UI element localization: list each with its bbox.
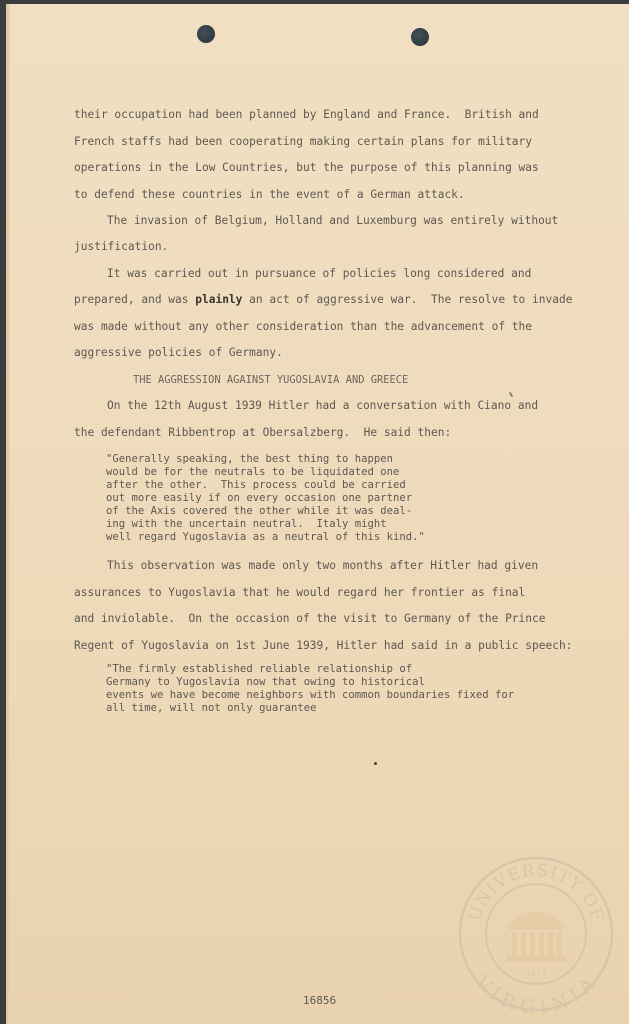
- quote-line: well regard Yugoslavia as a neutral of t…: [106, 532, 425, 543]
- section-heading: THE AGGRESSION AGAINST YUGOSLAVIA AND GR…: [133, 374, 408, 386]
- body-line: On the 12th August 1939 Hitler had a con…: [107, 399, 538, 412]
- body-line: and inviolable. On the occasion of the v…: [74, 612, 545, 625]
- quote-line: after the other. This process could be c…: [106, 480, 406, 491]
- body-line: was made without any other consideration…: [74, 320, 532, 333]
- punch-hole-left: [197, 25, 215, 43]
- quote-line: would be for the neutrals to be liquidat…: [106, 467, 399, 478]
- body-line: aggressive policies of Germany.: [74, 346, 283, 359]
- quote-line: all time, will not only guarantee: [106, 703, 316, 714]
- body-line: It was carried out in pursuance of polic…: [107, 267, 531, 280]
- quote-line: Germany to Yugoslavia now that owing to …: [106, 677, 425, 688]
- emphasized-word: plainly: [195, 293, 242, 306]
- stray-mark: [374, 762, 377, 765]
- body-line: prepared, and was plainly an act of aggr…: [74, 293, 572, 306]
- body-line: The invasion of Belgium, Holland and Lux…: [107, 214, 558, 227]
- quote-line: out more easily if on every occasion one…: [106, 493, 412, 504]
- document-page: their occupation had been planned by Eng…: [6, 4, 629, 1024]
- body-text: prepared, and was: [74, 293, 195, 306]
- page-number: 16856: [303, 994, 336, 1007]
- body-line: the defendant Ribbentrop at Obersalzberg…: [74, 426, 451, 439]
- body-line: operations in the Low Countries, but the…: [74, 161, 539, 174]
- body-line: Regent of Yugoslavia on 1st June 1939, H…: [74, 639, 572, 652]
- body-line: assurances to Yugoslavia that he would r…: [74, 586, 525, 599]
- body-line: French staffs had been cooperating makin…: [74, 135, 532, 148]
- stray-mark: [509, 392, 513, 397]
- quote-line: ing with the uncertain neutral. Italy mi…: [106, 519, 387, 530]
- body-line: their occupation had been planned by Eng…: [74, 108, 539, 121]
- seal-year: 1819: [526, 969, 546, 978]
- punch-hole-right: [411, 28, 429, 46]
- body-line: to defend these countries in the event o…: [74, 188, 465, 201]
- body-line: This observation was made only two month…: [107, 559, 538, 572]
- quote-line: "The firmly established reliable relatio…: [106, 664, 412, 675]
- body-line: justification.: [74, 240, 168, 253]
- body-text: an act of aggressive war. The resolve to…: [242, 293, 572, 306]
- quote-line: "Generally speaking, the best thing to h…: [106, 454, 393, 465]
- university-seal-watermark: UNIVERSITY OF VIRGINIA 1819: [456, 854, 616, 1014]
- quote-line: events we have become neighbors with com…: [106, 690, 514, 701]
- quote-line: of the Axis covered the other while it w…: [106, 506, 412, 517]
- rotunda-icon: [506, 911, 566, 962]
